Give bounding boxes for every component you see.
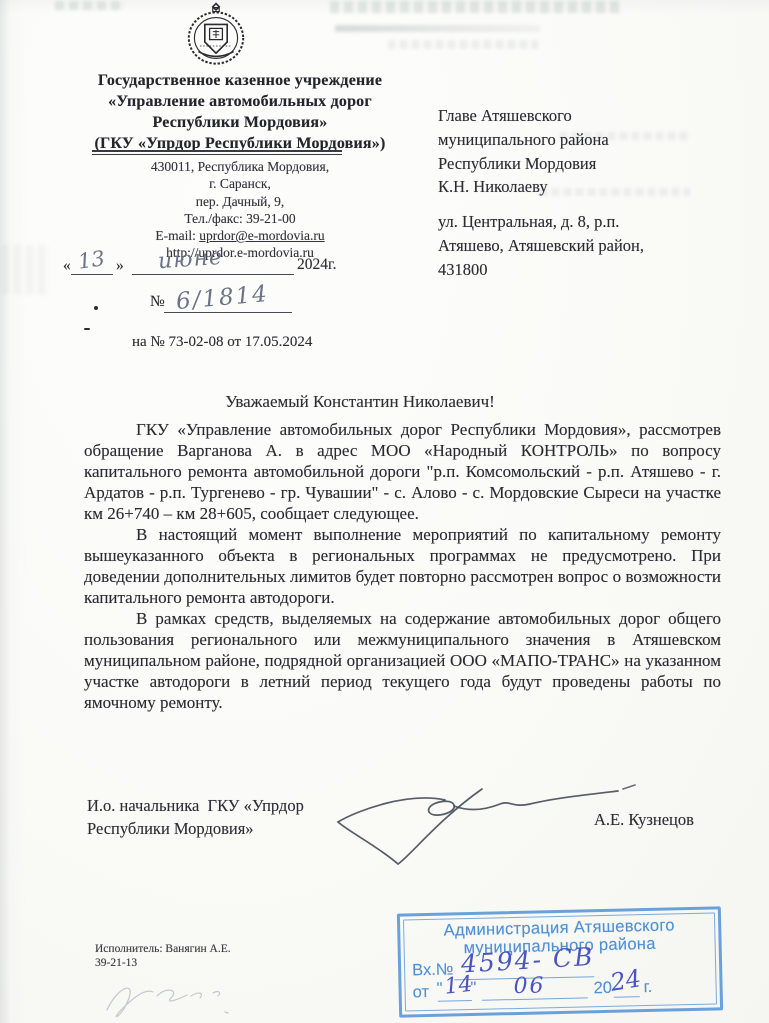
date-month-underline	[132, 273, 294, 275]
date-quote-open: «	[63, 257, 71, 275]
recipient-line: муниципального района	[438, 128, 738, 152]
address-line: Тел./факс: 39-21-00	[40, 210, 440, 227]
letter-body: ГКУ «Управление автомобильных дорог Респ…	[84, 419, 721, 713]
org-name-line: «Управление автомобильных дорог	[40, 91, 440, 112]
bleed-through-smudge	[330, 1, 620, 13]
stamp-year-printed: 20	[593, 979, 612, 998]
address-line: г. Саранск,	[40, 175, 440, 192]
body-paragraph: ГКУ «Управление автомобильных дорог Респ…	[84, 419, 721, 524]
incoming-stamp: Администрация Атяшевского муниципального…	[397, 906, 723, 1017]
recipient-address-line: Атяшево, Атяшевский район,	[438, 234, 738, 258]
reference-line: на № 73-02-08 от 17.05.2024	[132, 334, 312, 351]
executor-block: Исполнитель: Ванягин А.Е. 39-21-13	[95, 942, 231, 970]
stamp-day-quote-open: "	[436, 980, 442, 999]
scanned-letter-page: Государственное казенное учреждение «Упр…	[0, 0, 769, 1023]
stamp-month-handwritten: 06	[513, 973, 546, 999]
recipient-address-line: 431800	[438, 258, 738, 282]
stamp-year-suffix: г.	[643, 978, 652, 997]
number-value-handwritten: 6/1814	[175, 281, 270, 315]
recipient-block: Главе Атяшевского муниципального района …	[438, 104, 738, 282]
date-quote-close: »	[116, 257, 124, 275]
date-month-handwritten: июне	[157, 245, 224, 274]
signatory-position: И.о. начальника ГКУ «Упрдор Республики М…	[87, 795, 357, 840]
body-paragraph: В рамках средств, выделяемых на содержан…	[84, 608, 721, 713]
date-year: 2024г.	[297, 256, 336, 274]
recipient-line: К.Н. Николаеву	[438, 175, 738, 199]
salutation: Уважаемый Константин Николаевич!	[85, 392, 635, 412]
recipient-line: Республики Мордовия	[438, 152, 738, 176]
address-line: пер. Дачный, 9,	[40, 193, 440, 210]
mordovia-coat-of-arms-icon	[176, 2, 256, 66]
letterhead-divider	[92, 150, 342, 155]
number-label: №	[150, 293, 165, 311]
ink-speck	[94, 306, 98, 310]
stamp-year-handwritten: 24	[608, 964, 643, 997]
recipient-line: Главе Атяшевского	[438, 104, 738, 128]
stamp-day-quote-close: "	[470, 979, 476, 998]
stamp-day-handwritten: 14	[443, 972, 474, 1000]
email-label: E-mail:	[155, 228, 196, 243]
email-address: uprdor@e-mordovia.ru	[199, 228, 324, 243]
ink-speck	[84, 328, 90, 330]
recipient-address-line: ул. Центральная, д. 8, р.п.	[438, 210, 738, 234]
stamp-date-label: от	[412, 983, 429, 1002]
address-line: 430011, Республика Мордовия,	[40, 158, 440, 175]
bleed-through-smudge	[335, 25, 540, 32]
date-day-underline	[71, 273, 113, 275]
org-name-line: Республики Мордовия»	[40, 112, 440, 133]
signatory-name: А.Е. Кузнецов	[594, 810, 694, 830]
org-name-line: Государственное казенное учреждение	[40, 70, 440, 91]
executor-name: Исполнитель: Ванягин А.Е.	[95, 942, 231, 956]
bleed-through-smudge	[388, 40, 538, 49]
body-paragraph: В настоящий момент выполнение мероприяти…	[84, 524, 721, 608]
date-day-handwritten: 13	[76, 246, 106, 273]
email-line: E-mail: uprdor@e-mordovia.ru	[40, 227, 440, 244]
bleed-through-smudge	[55, 1, 125, 10]
pencil-scribble	[95, 968, 255, 1023]
letterhead-org-name: Государственное казенное учреждение «Упр…	[40, 70, 440, 154]
